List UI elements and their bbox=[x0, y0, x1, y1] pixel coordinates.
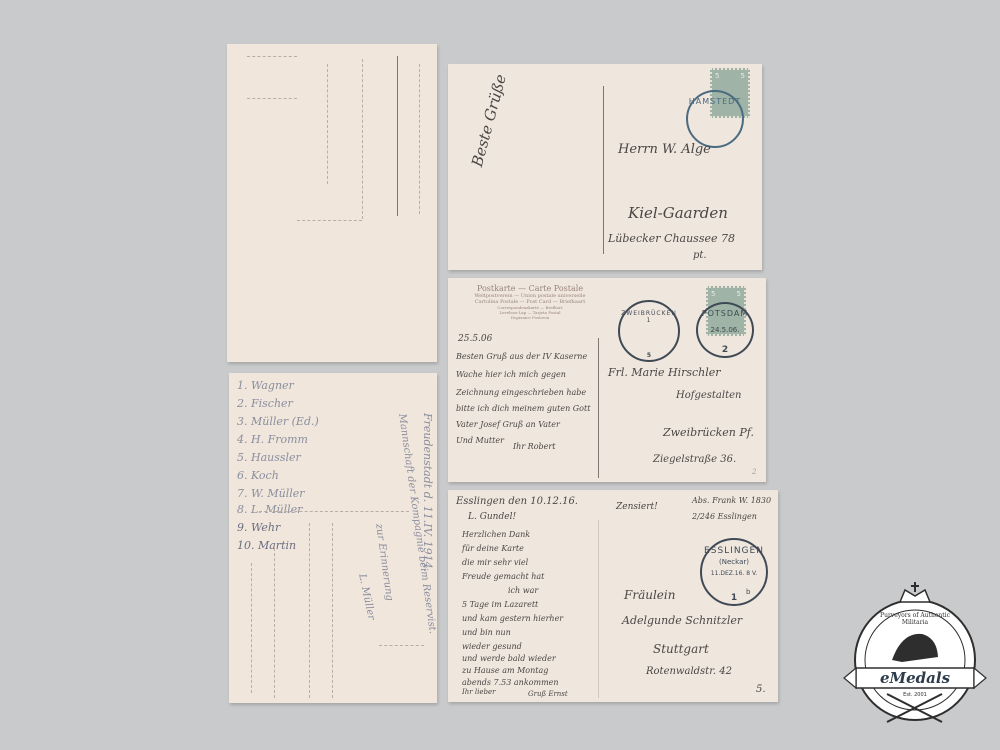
printed-guide bbox=[419, 64, 420, 214]
message-line: bitte ich dich meinem guten Gott bbox=[456, 404, 590, 413]
postcard-roster: 1. Wagner 2. Fischer 3. Müller (Ed.) 4. … bbox=[229, 373, 437, 703]
printed-divider bbox=[603, 86, 604, 254]
roster-entry: 3. Müller (Ed.) bbox=[237, 415, 319, 428]
printed-guide bbox=[251, 563, 252, 693]
message-line: Wache hier ich mich gegen bbox=[456, 370, 566, 379]
address-line: Fräulein bbox=[624, 588, 675, 602]
vertical-message: Beste Grüße bbox=[468, 72, 510, 168]
message-line: zu Hause am Montag bbox=[462, 666, 548, 675]
message-line: Zeichnung eingeschrieben habe bbox=[456, 388, 586, 397]
date-line: Esslingen den 10.12.16. bbox=[456, 496, 578, 507]
printed-guide bbox=[259, 511, 409, 512]
postcard-blank-back bbox=[227, 44, 437, 362]
message-line: und werde bald wieder bbox=[462, 654, 556, 663]
address-line: Hofgestalten bbox=[676, 390, 741, 401]
corner-note: 5. bbox=[756, 684, 766, 695]
postmark: ESSLINGEN (Neckar) 11.DEZ.16. 8 V. b 1 bbox=[700, 538, 768, 606]
roster-entry: 8. L. Müller bbox=[237, 503, 302, 516]
postmark: ZWEIBRÜCKEN 1 5 bbox=[618, 300, 680, 362]
postcard-zweibruecken: Postkarte — Carte Postale Weltpostverein… bbox=[448, 278, 766, 482]
message-line: wieder gesund bbox=[462, 642, 522, 651]
message-line: ich war bbox=[508, 586, 538, 595]
printed-guide bbox=[379, 645, 424, 646]
greeting: L. Gundel! bbox=[468, 512, 516, 522]
address-line: Herrn W. Alge bbox=[618, 142, 711, 157]
postmark: POTSDAM 24.5.06. 2 bbox=[696, 302, 754, 358]
message-line: Herzlichen Dank bbox=[462, 530, 530, 539]
printed-guide bbox=[274, 548, 275, 698]
roster-entry: 10. Martin bbox=[237, 539, 296, 552]
vertical-note: zur Erinnerung bbox=[373, 523, 395, 602]
address-line: Stuttgart bbox=[653, 642, 709, 656]
printed-divider bbox=[598, 338, 599, 478]
message-line: Besten Gruß aus der IV Kaserne bbox=[456, 352, 587, 361]
vertical-note: L. Müller bbox=[356, 573, 376, 621]
message-line: Und Mutter bbox=[456, 436, 504, 445]
roster-entry: 9. Wehr bbox=[237, 521, 280, 534]
printed-header: Postkarte — Carte Postale Weltpostverein… bbox=[456, 284, 604, 320]
roster-entry: 5. Haussler bbox=[237, 451, 301, 464]
date-note: 25.5.06 bbox=[458, 334, 492, 344]
address-line: Ziegelstraße 36. bbox=[653, 454, 736, 465]
roster-entry: 4. H. Fromm bbox=[237, 433, 308, 446]
roster-entry: 2. Fischer bbox=[237, 397, 293, 410]
address-line: Kiel-Gaarden bbox=[628, 204, 728, 222]
address-line: Zweibrücken Pf. bbox=[663, 426, 754, 439]
logo-arc-text: Purveyors of Authentic Militaria bbox=[872, 612, 958, 626]
postmark: HAMSTEDT bbox=[686, 90, 744, 148]
address-line: pt. bbox=[693, 250, 707, 261]
message-line: Vater Josef Gruß an Vater bbox=[456, 420, 560, 429]
logo-emblem-icon bbox=[842, 582, 988, 728]
printed-guide bbox=[247, 98, 297, 99]
address-line: Adelgunde Schnitzler bbox=[622, 614, 742, 627]
message-line: für deine Karte bbox=[462, 544, 524, 553]
emedals-logo: eMedals Est. 2001 Purveyors of Authentic… bbox=[842, 582, 988, 728]
logo-wordmark: eMedals bbox=[842, 669, 988, 687]
printed-guide bbox=[332, 523, 333, 698]
message-line: die mir sehr viel bbox=[462, 558, 528, 567]
censor-note: Zensiert! bbox=[616, 502, 658, 512]
sender-line: 2/246 Esslingen bbox=[692, 512, 757, 521]
printed-guide bbox=[362, 59, 363, 219]
message-line: Gruß Ernst bbox=[528, 690, 568, 698]
roster-entry: 6. Koch bbox=[237, 469, 279, 482]
message-line: Freude gemacht hat bbox=[462, 572, 544, 581]
printed-guide bbox=[247, 56, 297, 57]
message-line: abends 7.53 ankommen bbox=[462, 678, 559, 687]
message-line: 5 Tage im Lazarett bbox=[462, 600, 538, 609]
message-line: und kam gestern hierher bbox=[462, 614, 563, 623]
message-line: Ihr Robert bbox=[513, 442, 555, 451]
roster-entry: 1. Wagner bbox=[237, 379, 294, 392]
printed-guide bbox=[309, 523, 310, 698]
postcard-esslingen: Esslingen den 10.12.16. L. Gundel! Herzl… bbox=[448, 490, 778, 702]
logo-est: Est. 2001 bbox=[842, 692, 988, 698]
address-line: Frl. Marie Hirschler bbox=[608, 366, 721, 379]
address-line: Lübecker Chaussee 78 bbox=[608, 232, 735, 245]
address-line: Rotenwaldstr. 42 bbox=[646, 666, 732, 677]
roster-entry: 7. W. Müller bbox=[237, 487, 305, 500]
message-line: und bin nun bbox=[462, 628, 511, 637]
postcard-hamstedt: 5 5 HAMSTEDT Herrn W. Alge Kiel-Gaarden … bbox=[448, 64, 762, 270]
printed-divider bbox=[397, 56, 398, 216]
printed-guide bbox=[297, 220, 362, 221]
printed-divider bbox=[598, 520, 599, 698]
message-line: Ihr lieber bbox=[462, 688, 495, 696]
sender-line: Abs. Frank W. 1830 bbox=[692, 496, 771, 505]
corner-number: 2 bbox=[752, 468, 756, 476]
printed-guide bbox=[327, 64, 328, 184]
